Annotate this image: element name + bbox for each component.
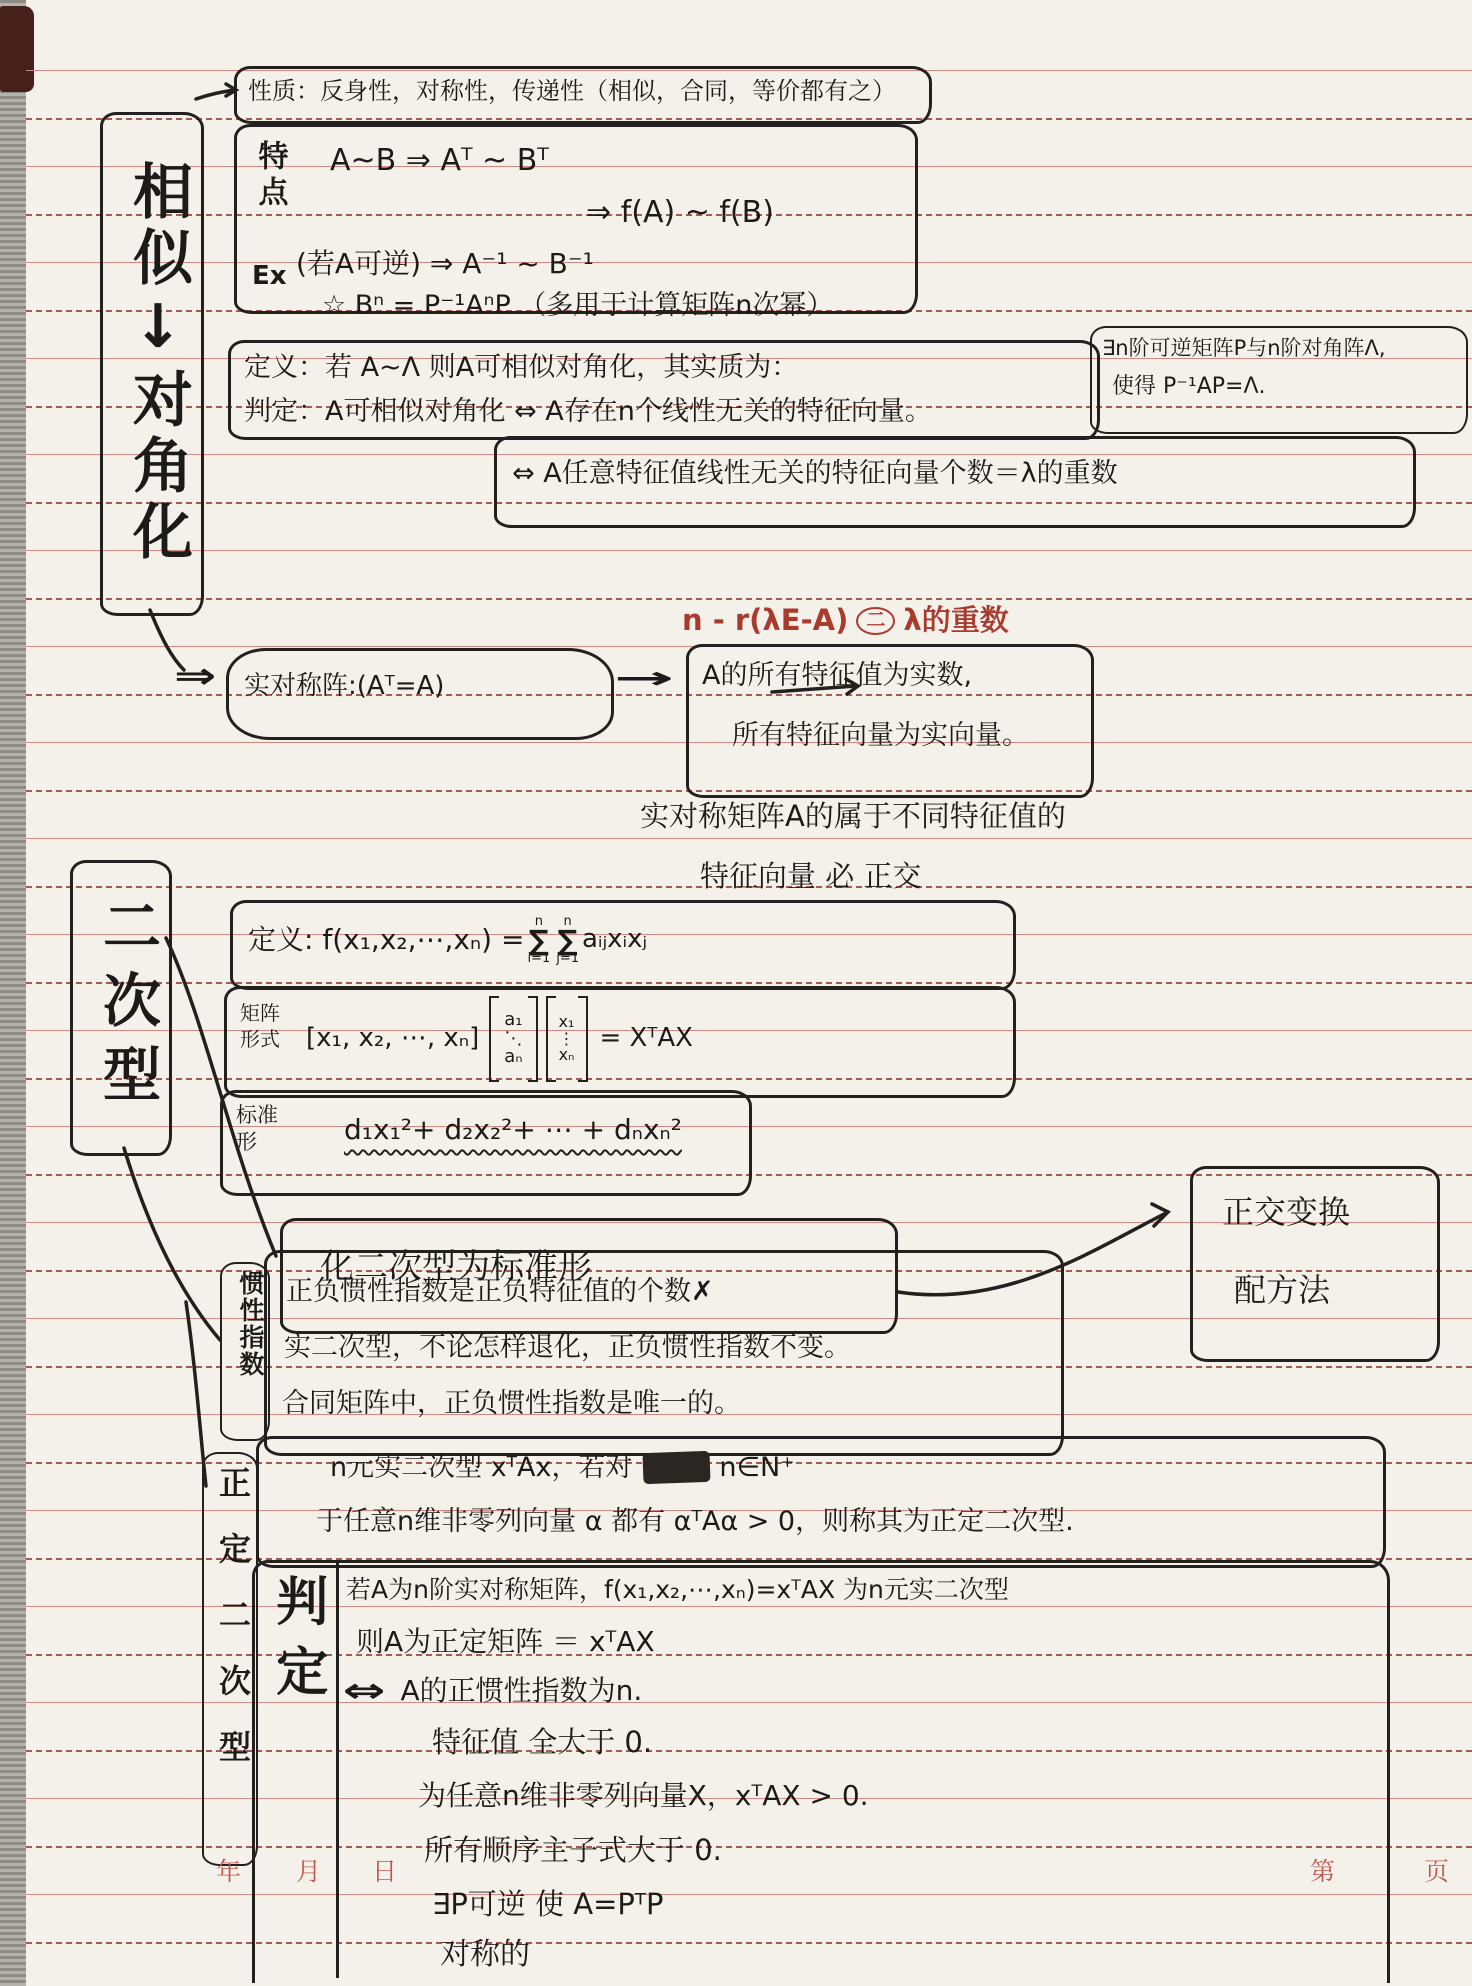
inertia-line-2: 实二次型，不论怎样退化，正负惯性指数不变。	[284, 1332, 851, 1363]
orthogonal-line-2: 特征向量 必 正交	[700, 860, 921, 893]
real-symmetric-label: 实对称阵:(Aᵀ=A)	[244, 672, 444, 702]
column-right-bracket	[578, 996, 588, 1082]
diagonalize-definition: 定义：若 A~Λ 则A可相似对角化，其实质为：	[244, 352, 798, 383]
sum-j-bottom: j=1	[556, 953, 579, 965]
implies-arrow: ⇒	[174, 656, 216, 697]
notebook-page: 相似↓对角化 二次型 性质：反身性，对称性，传递性（相似，合同，等价都有之） 特…	[0, 0, 1472, 1986]
method-completing-square: 配方法	[1234, 1272, 1330, 1309]
inertia-line-3: 合同矩阵中，正负惯性指数是唯一的。	[282, 1388, 741, 1419]
quadratic-def-fn: f(x₁,x₂,⋯,xₙ) =	[322, 924, 524, 956]
matrix-left-bracket	[489, 996, 499, 1082]
positive-definite-label: 正定二次型	[204, 1466, 256, 1796]
matrix-entry-a1: a₁	[504, 1011, 522, 1030]
judge-line-2: 则A为正定矩阵 ＝ xᵀAX	[356, 1626, 655, 1658]
standard-form-label: 标准 形	[236, 1102, 286, 1157]
side-note-line-1: ∃n阶可逆矩阵P与n阶对角阵Λ,	[1102, 336, 1386, 360]
posdef-line1-start: n元实二次型 xᵀAx，若对	[330, 1452, 633, 1483]
iff-arrow: ⇔	[343, 1672, 386, 1711]
footer-page-prefix: 第	[1310, 1858, 1335, 1887]
ex-label: Ex	[252, 262, 287, 292]
standard-form-label-2: 形	[236, 1130, 257, 1154]
matrix-right-bracket	[528, 996, 538, 1082]
row-vector: [x₁, x₂, ⋯, xₙ]	[306, 1024, 479, 1054]
eigen-real-line-1: A的所有特征值为实数,	[702, 660, 972, 691]
sum-i: n ∑ i=1	[527, 916, 550, 965]
judge-label: 判定	[266, 1574, 326, 1714]
matrix-equals: = XᵀAX	[600, 1024, 693, 1054]
method-orthogonal: 正交变换	[1222, 1194, 1350, 1231]
similar-diagonalization-title: 相似↓对角化	[103, 123, 201, 603]
judge-box	[252, 1560, 1390, 1983]
side-note-line-2: 使得 P⁻¹AP=Λ.	[1112, 374, 1266, 399]
crossed-out-scribble: ✗✗✗	[642, 1451, 710, 1484]
positive-definite-line-2: 于任意n维非零列向量 α 都有 αᵀAα > 0，则称其为正定二次型.	[316, 1506, 1074, 1537]
inertia-index-label: 惯性指数	[222, 1270, 268, 1378]
matrix-form-label-1: 矩阵	[240, 1001, 280, 1025]
matrix-form-label: 矩阵 形式	[240, 1000, 292, 1052]
standard-form-label-1: 标准	[236, 1103, 278, 1127]
diagonalize-judgement: 判定：A可相似对角化 ⇔ A存在n个线性无关的特征向量。	[244, 396, 932, 427]
judge-line-4: 特征值 全大于 0.	[432, 1726, 652, 1759]
corner-mark	[0, 6, 34, 92]
judge-line-6: 所有顺序主子式大于 0.	[424, 1834, 722, 1867]
footer-page-suffix: 页	[1424, 1858, 1449, 1887]
to-arrow: →	[614, 662, 674, 697]
diagonal-matrix: a₁ ⋱ aₙ	[499, 1011, 527, 1068]
quadratic-def-tail: aᵢⱼxᵢxⱼ	[582, 925, 647, 955]
inertia-line-1: 正负惯性指数是正负特征值的个数✗	[286, 1276, 714, 1307]
red-formula-right: λ的重数	[903, 604, 1008, 637]
inertia-label-box: 惯性指数	[220, 1262, 270, 1441]
footer-day: 日	[372, 1858, 397, 1887]
positive-definite-line-1: n元实二次型 xᵀAx，若对 ✗✗✗ n∈N⁺	[330, 1452, 794, 1483]
judge-line-3-text: A的正惯性指数为n.	[401, 1675, 643, 1707]
standard-form-formula: d₁x₁²+ d₂x₂²+ ⋯ + dₙxₙ²	[344, 1114, 682, 1146]
eigen-real-line-2: 所有特征向量为实向量。	[732, 720, 1029, 751]
judge-line-5: 为任意n维非零列向量X，xᵀAX > 0.	[418, 1780, 869, 1812]
sum-j: n ∑ j=1	[556, 916, 579, 965]
column-left-bracket	[546, 996, 556, 1082]
equivalence-line: ⇔ A任意特征值线性无关的特征向量个数＝λ的重数	[512, 458, 1118, 489]
quadratic-definition: 定义: f(x₁,x₂,⋯,xₙ) = n ∑ i=1 n ∑ j=1 aᵢⱼx…	[248, 916, 647, 965]
features-label: 特点	[252, 140, 287, 212]
similar-title-box: 相似↓对角化	[100, 112, 204, 616]
feature-line-3: (若A可逆) ⇒ A⁻¹ ~ B⁻¹	[296, 248, 594, 280]
footer-month: 月	[296, 1858, 321, 1887]
property-line: 性质：反身性，对称性，传递性（相似，合同，等价都有之）	[248, 78, 896, 106]
judge-line-3: ⇔ A的正惯性指数为n.	[350, 1672, 642, 1711]
quadratic-title-box: 二次型	[70, 860, 172, 1156]
sum-j-symbol: ∑	[558, 928, 578, 953]
judge-line-7: ∃P可逆 使 A=PᵀP	[432, 1888, 664, 1921]
posdef-line1-end: n∈N⁺	[719, 1452, 794, 1483]
judge-line-1: 若A为n阶实对称矩阵，f(x₁,x₂,⋯,xₙ)=xᵀAX 为n元实二次型	[346, 1576, 1009, 1605]
judge-line-8: 对称的	[440, 1938, 530, 1973]
feature-line-4: ☆ Bⁿ = P⁻¹AⁿP （多用于计算矩阵n次幂）	[322, 290, 833, 321]
matrix-form-expression: [x₁, x₂, ⋯, xₙ] a₁ ⋱ aₙ x₁ ⋮ xₙ = XᵀAX	[306, 996, 693, 1082]
fabric-edge	[0, 0, 26, 1986]
red-multiplicity-formula: n - r(λE-A) 二 λ的重数	[682, 604, 1009, 637]
matrix-form-label-2: 形式	[240, 1027, 280, 1051]
red-formula-left: n - r(λE-A)	[682, 604, 848, 637]
column-entry-xn: xₙ	[559, 1047, 575, 1064]
feature-line-1: A~B ⇒ Aᵀ ~ Bᵀ	[330, 144, 549, 179]
sum-i-bottom: i=1	[527, 953, 550, 965]
column-vector: x₁ ⋮ xₙ	[556, 1014, 578, 1064]
orthogonal-line-1: 实对称矩阵A的属于不同特征值的	[640, 800, 1066, 833]
positive-definite-label-box: 正定二次型	[202, 1452, 258, 1866]
quadratic-form-title: 二次型	[73, 877, 169, 1137]
footer-year: 年	[216, 1858, 241, 1887]
feature-line-2: ⇒ f(A) ~ f(B)	[586, 196, 774, 231]
circled-equals: 二	[856, 607, 895, 635]
sum-i-symbol: ∑	[529, 928, 549, 953]
judge-divider	[336, 1562, 339, 1978]
matrix-entry-an: aₙ	[504, 1048, 522, 1067]
quadratic-def-label: 定义:	[248, 924, 313, 956]
